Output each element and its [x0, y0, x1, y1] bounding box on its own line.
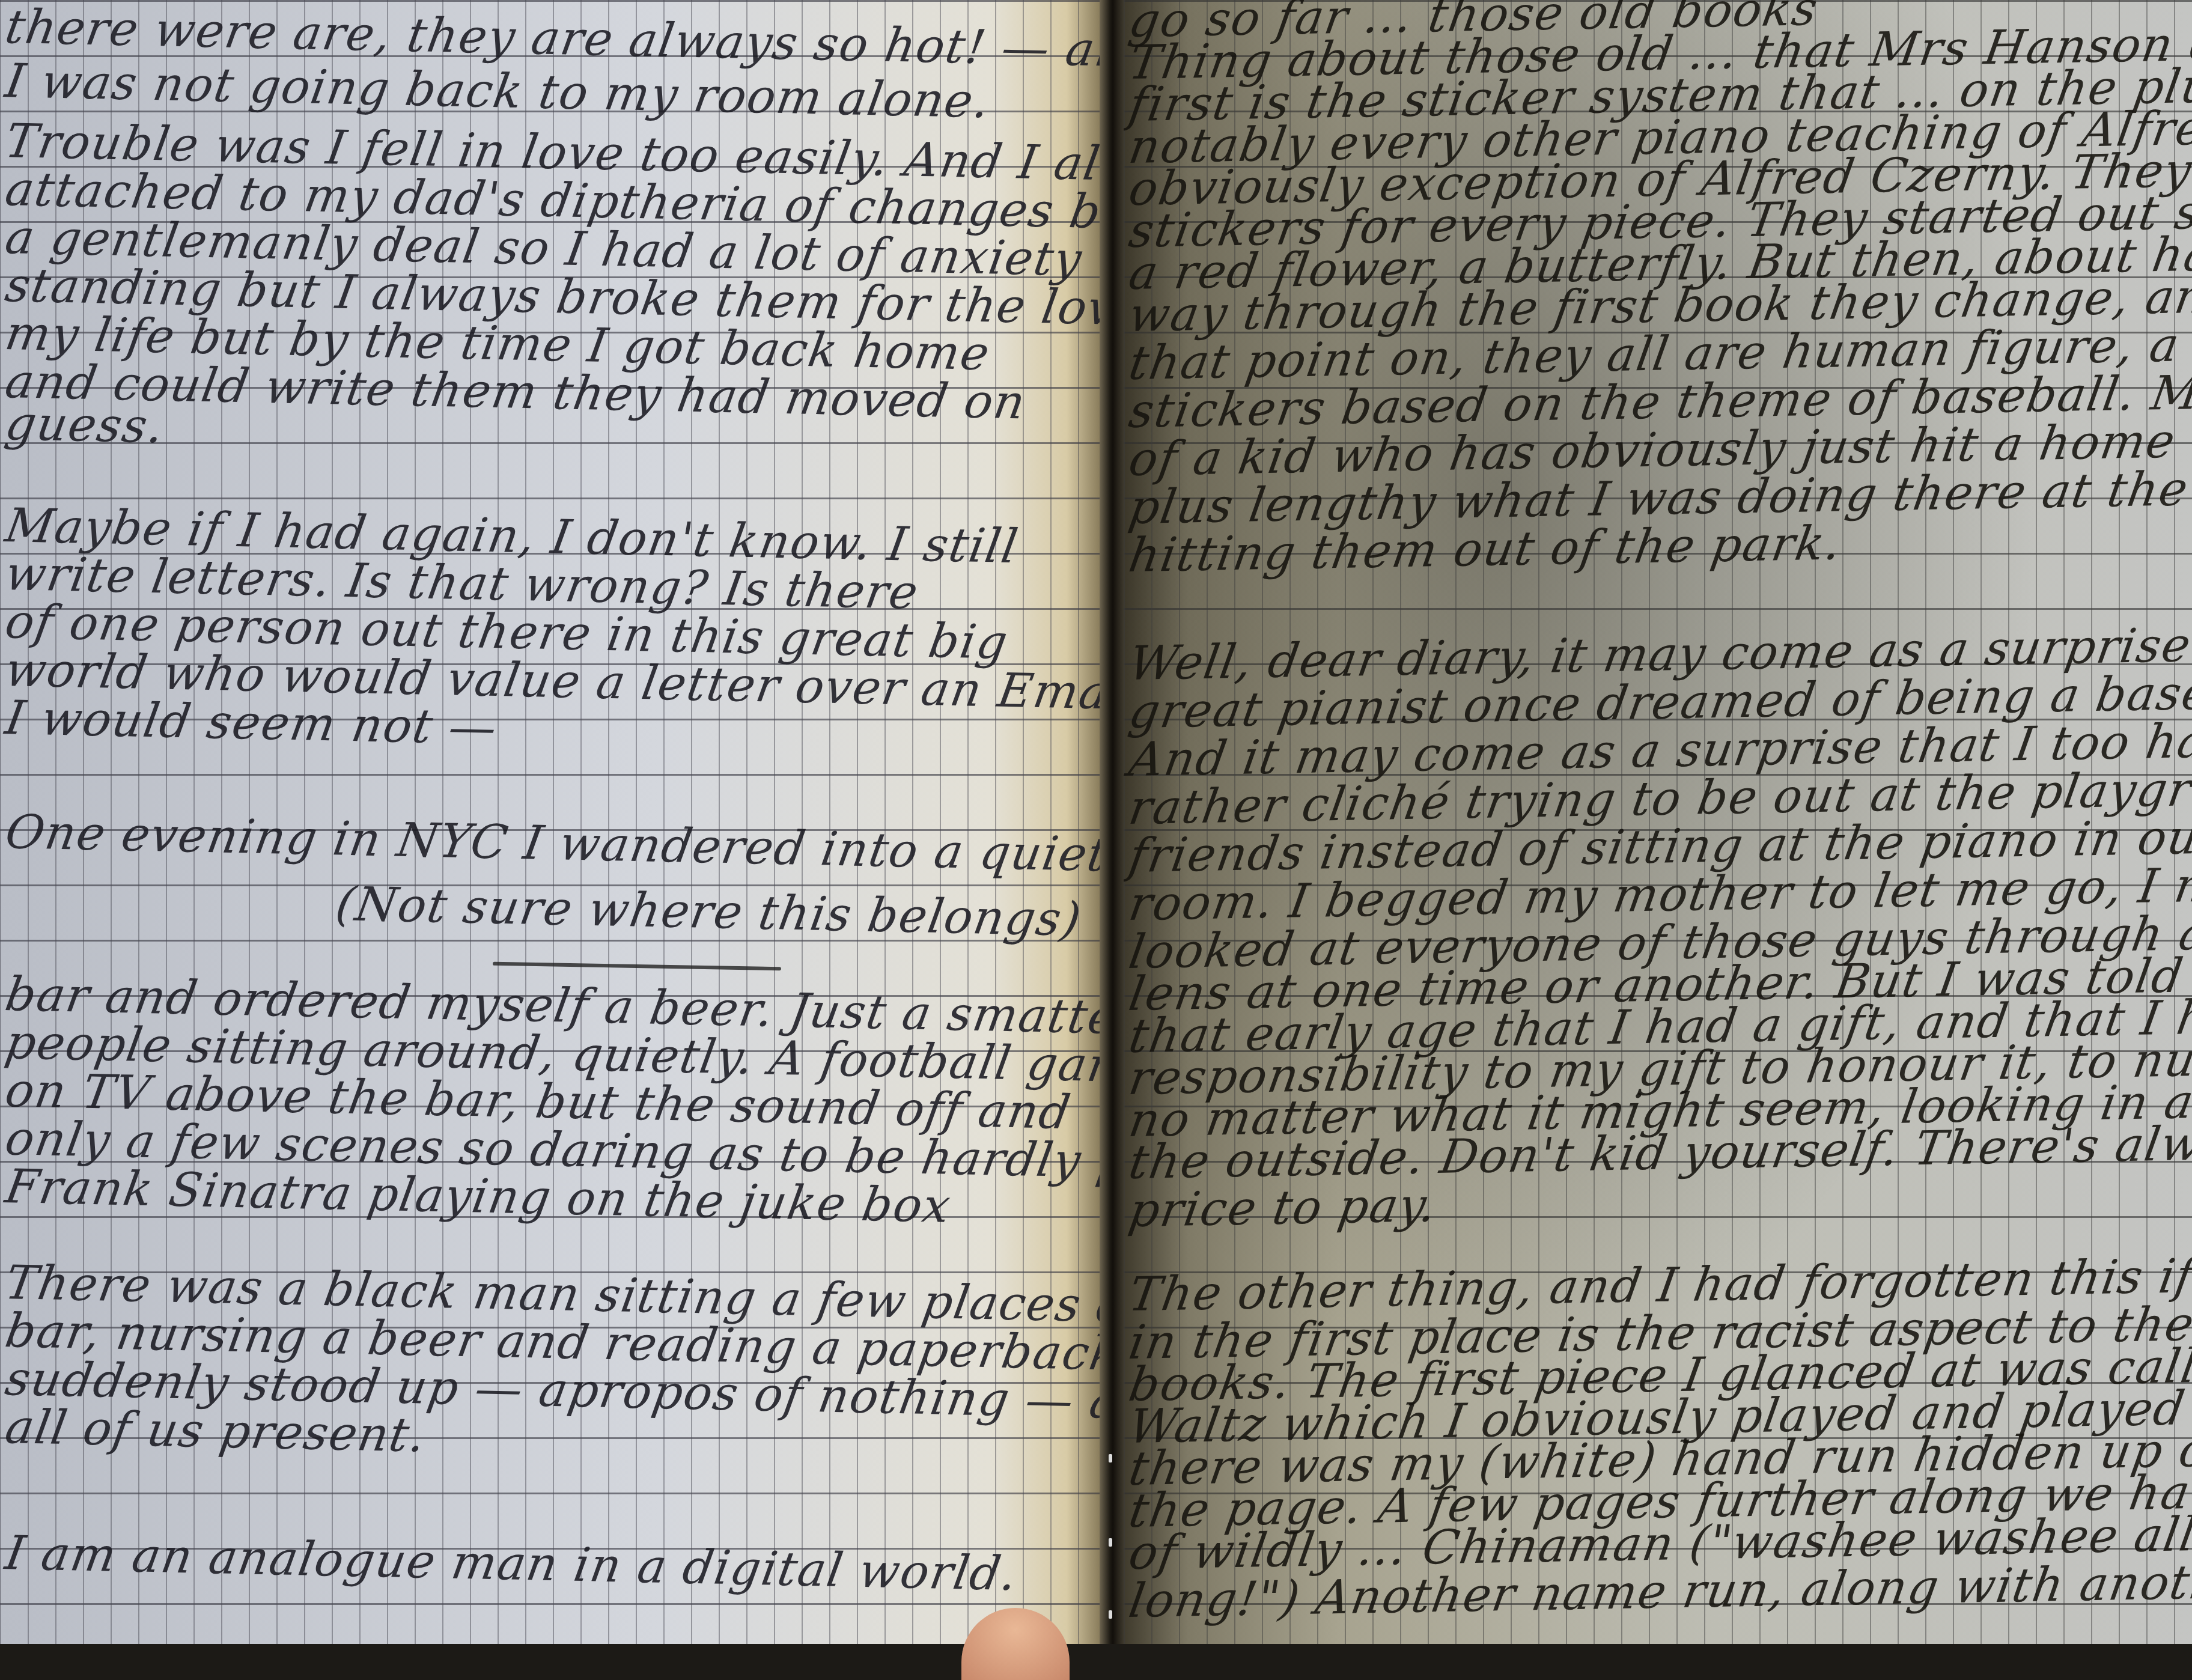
left-page: there were are, they are always so hot! …	[0, 0, 1100, 1644]
spine-stitch	[1109, 1610, 1112, 1619]
handwritten-line: all of us present.	[2, 1400, 430, 1462]
notebook-gutter	[1100, 0, 1124, 1644]
right-page: go so far ... those old books Thing abou…	[1124, 0, 2192, 1644]
handwritten-line: One evening in NYC I wandered into a qui…	[2, 805, 1100, 890]
margin-note: (Not sure where this belongs)	[332, 877, 1086, 947]
handwritten-line: I would seem not —	[2, 691, 502, 755]
underline-stroke	[493, 962, 781, 970]
handwritten-line: price to pay.	[1125, 1178, 1441, 1238]
handwritten-line: guess.	[2, 397, 169, 454]
notebook-spread: there were are, they are always so hot! …	[0, 0, 2192, 1644]
spine-stitch	[1109, 1454, 1112, 1462]
handwritten-line: I am an analogue man in a digital world.	[2, 1526, 1022, 1601]
spine-stitch	[1109, 1538, 1112, 1547]
